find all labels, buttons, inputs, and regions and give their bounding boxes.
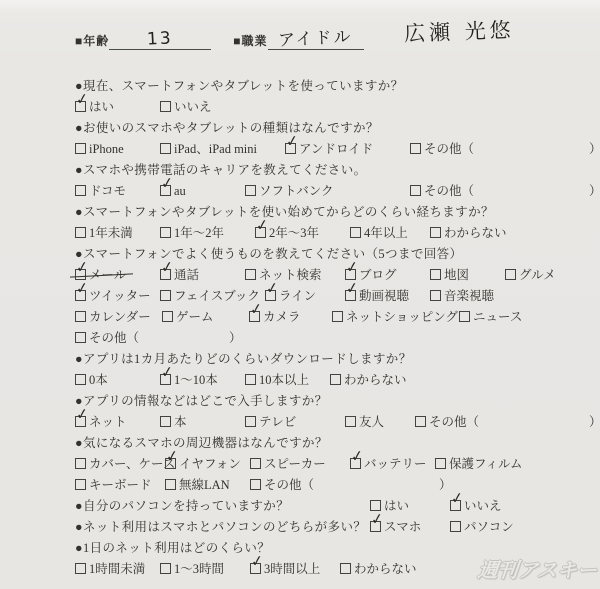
option-inner: いいえ [160,97,212,118]
checkbox [160,223,171,244]
checkbox [160,139,171,160]
option-label: はい [89,100,114,114]
option-label: au [174,184,186,198]
checkbox-square-icon [345,290,356,301]
option: キーボード [75,475,165,496]
checkbox-checked: ✓ [285,139,296,160]
option-inner: ✓ネット [75,412,127,433]
option: ソフトバンク [245,181,410,202]
option-label: iPhone [89,142,124,156]
checkbox [332,307,343,328]
option-inner: ネットショッピング [332,307,458,328]
question-block: ●ネット利用はスマホとパソコンのどちらが多い？✓スマホパソコン [75,517,592,538]
checkbox-checked: ✓ [160,265,171,286]
option-inner: その他（ [410,139,474,160]
option-inner: ✓ライン [265,286,316,307]
option-row: キーボード無線LANその他（） [75,475,592,496]
checkbox-square-icon [245,374,256,385]
checkbox-square-icon [75,290,86,301]
checkbox [75,181,86,202]
option: わからない [340,559,417,580]
checkbox-square-icon [265,290,276,301]
option-label: 1時間未満 [89,562,145,576]
option-label: キーボード [89,478,152,492]
checkbox-square-icon [75,563,86,574]
checkbox [75,328,86,349]
question-block: ●気になるスマホの周辺機器はなんですか？カバー、ケース✓イヤフォンスピーカー✓バ… [75,433,592,496]
checkbox [250,454,261,475]
option-label: 10本以上 [259,373,309,387]
option-inner: iPhone [75,139,124,160]
option-inner: テレビ [245,412,296,433]
option-inner: 1年未満 [75,223,133,244]
option: 4年以上 [350,223,430,244]
option: フェイスブック [160,286,265,307]
option-inner: 無線LAN [165,475,230,496]
checkbox-square-icon [75,458,86,469]
checkbox-square-icon [410,143,421,154]
checkbox-checked: ✓ [450,496,461,517]
option-label: テレビ [259,415,296,429]
checkbox [340,559,351,580]
question-block: ●アプリの情報などはどこで入手しますか？✓ネット本テレビ友人その他（） [75,391,592,433]
option-label: 1年未満 [89,226,133,240]
option-label: わからない [354,562,417,576]
question-block: ●スマホや携帯電話のキャリアを教えてください。ドコモ✓auソフトバンクその他（） [75,160,592,202]
checkbox [450,517,461,538]
checkbox-square-icon [430,269,441,280]
option: ✓ツイッター [75,286,160,307]
checkbox [345,412,356,433]
survey-header: ■年齢13■職業アイドル広瀬 光悠 [75,20,514,50]
option-label: ブログ [359,268,397,282]
option-inner: ✓スマホ [370,517,421,538]
option-label: ライン [279,289,316,303]
checkbox [75,139,86,160]
option: ✓スマホ [370,517,450,538]
option-label: ネットショッピング [346,310,458,324]
checkbox-square-icon [75,101,86,112]
scanned-survey-page: ■年齢13■職業アイドル広瀬 光悠 ●現在、スマートフォンやタブレットを使ってい… [0,0,600,589]
option: ✓動画視聴 [345,286,430,307]
checkbox-square-icon [75,311,86,322]
option: 無線LAN [165,475,250,496]
option-label: 通話 [174,268,199,282]
checkbox [250,475,261,496]
question-inline-row: ●自分のパソコンを持っていますか？はい✓いいえ [75,496,592,517]
checkbox-square-icon [160,269,171,280]
option-row: ✓はいいいえ [75,97,592,118]
question-text: ●スマートフォンやタブレットを使い始めてからどのくらい経ちますか？ [75,202,592,223]
option-inner: ✓1～10本 [160,370,218,391]
checkbox [160,97,171,118]
option-label: 2年～3年 [269,226,319,240]
checkbox-square-icon [350,458,361,469]
option-row: ✓メール✓通話ネット検索✓ブログ地図グルメ [75,265,592,286]
checkbox [160,286,171,307]
option: はい [370,496,450,517]
checkbox-square-icon [430,227,441,238]
option-row: ✓ネット本テレビ友人その他（） [75,412,592,433]
option: ニュース [459,307,522,328]
option-inner: ✓ブログ [345,265,397,286]
checkbox-checked: ✓ [160,181,171,202]
option: iPad、iPad mini [160,139,285,160]
option-label: その他（ [424,142,474,156]
checkbox-square-icon [165,479,176,490]
option-inner: 友人 [345,412,384,433]
option-inner: パソコン [450,517,514,538]
question-text: ●気になるスマホの周辺機器はなんですか？ [75,433,592,454]
option: 1年未満 [75,223,160,244]
option-inner: 1年～2年 [160,223,224,244]
checkbox-square-icon [255,227,266,238]
checkbox-square-icon [430,290,441,301]
paren-close: ） [589,142,600,156]
option-label: いいえ [464,499,502,513]
checkbox-square-icon [75,227,86,238]
option-label: ドコモ [89,184,126,198]
checkbox [245,370,256,391]
option-label: その他（ [424,184,474,198]
checkbox [245,265,256,286]
option-label: 友人 [359,415,384,429]
option-inner: わからない [340,559,417,580]
option-inner: ✓2年～3年 [255,223,319,244]
checkbox [160,559,171,580]
option-inner: わからない [430,223,507,244]
checkbox-square-icon [75,185,86,196]
option: ✓はい [75,97,160,118]
option: ✓いいえ [450,496,502,517]
option-inner: ✓アンドロイド [285,139,373,160]
option: ネットショッピング [332,307,459,328]
checkbox-checked: ✓ [265,286,276,307]
checkbox-square-icon [75,416,86,427]
checkbox-square-icon [250,479,261,490]
option-label: 無線LAN [179,478,230,492]
option-label: パソコン [464,520,514,534]
question-text: ●スマートフォンでよく使うものを教えてください（5つまで回答） [75,244,592,265]
option: ✓1～10本 [160,370,245,391]
option: ✓アンドロイド [285,139,410,160]
checkbox-square-icon [245,416,256,427]
checkbox-checked: ✓ [160,370,171,391]
checkbox-square-icon [285,143,296,154]
option: 保護フィルム [435,454,523,475]
option: 友人 [345,412,415,433]
option-inner: ✓はい [75,97,114,118]
question-text: ●自分のパソコンを持っていますか？ [75,496,370,517]
checkbox [75,475,86,496]
option: いいえ [160,97,260,118]
checkbox-checked: ✓ [250,559,261,580]
checkbox [160,412,171,433]
question-text: ●ネット利用はスマホとパソコンのどちらが多い？ [75,517,370,538]
checkbox-square-icon [330,374,341,385]
checkbox-square-icon [160,101,171,112]
option-row: ✓ツイッターフェイスブック✓ライン✓動画視聴音楽視聴 [75,286,592,307]
option-inner: iPad、iPad mini [160,139,257,160]
checkbox-square-icon [160,563,171,574]
checkbox-square-icon [435,458,446,469]
checkbox-square-icon [410,185,421,196]
checkbox-square-icon [160,143,171,154]
option: その他（） [250,475,452,496]
option: 1～3時間 [160,559,250,580]
option-inner: ✓バッテリー [350,454,427,475]
option-row: 0本✓1～10本10本以上わからない [75,370,592,391]
checkbox [165,475,176,496]
checkbox-checked: ✓ [75,97,86,118]
checkbox-square-icon [160,416,171,427]
checkbox [75,223,86,244]
checkbox-square-icon [345,269,356,280]
option: ✓au [160,181,245,202]
option-label: スピーカー [264,457,326,471]
option-label: 音楽視聴 [444,289,494,303]
option-label: はい [384,499,409,513]
option-inner: 地図 [430,265,469,286]
checkbox-square-icon [370,521,381,532]
option-inner: カバー、ケース [75,454,175,475]
question-text: ●お使いのスマホやタブレットの種類はなんですか？ [75,118,592,139]
option-inner: ✓カメラ [249,307,301,328]
checkbox [505,265,516,286]
option-inner: キーボード [75,475,152,496]
option-label: 4年以上 [364,226,408,240]
checkbox [75,559,86,580]
option-label: アンドロイド [299,142,373,156]
checkbox-square-icon [332,311,343,322]
option: カバー、ケース [75,454,165,475]
option-label: 1年～2年 [174,226,224,240]
checkbox [162,307,173,328]
checkbox-checked: ✓ [249,307,260,328]
option-label: その他（ [429,415,479,429]
option-row: カレンダーゲーム✓カメラネットショッピングニュース [75,307,592,328]
paren-close: ） [589,184,600,198]
job-handwritten-value: アイドル [278,28,353,50]
option-label: 本 [174,415,187,429]
option: 1年～2年 [160,223,255,244]
option-label: カレンダー [89,310,151,324]
option-inner: その他（ [250,475,314,496]
option-label: カメラ [263,310,301,324]
option-inner: 本 [160,412,187,433]
option-inner: その他（ [415,412,479,433]
option: カレンダー [75,307,162,328]
option-inner: わからない [330,370,407,391]
option-label: 保護フィルム [449,457,523,471]
option: 本 [160,412,245,433]
option-inner: ✓いいえ [450,496,502,517]
option-label: 1～3時間 [174,562,224,576]
checkbox-square-icon [160,290,171,301]
option-row: iPhoneiPad、iPad mini✓アンドロイドその他（） [75,139,592,160]
option-inner: 0本 [75,370,108,391]
option: ✓ライン [265,286,345,307]
option-inner: ✓メール [75,265,126,286]
option-inner: ニュース [459,307,522,328]
checkbox [410,181,421,202]
option-inner: ✓イヤフォン [165,454,241,475]
option-row: その他（） [75,328,592,349]
checkbox [430,223,441,244]
checkbox-square-icon [245,185,256,196]
option: iPhone [75,139,160,160]
age-label: ■年齢 [75,34,109,48]
option-label: わからない [444,226,507,240]
checkbox [410,139,421,160]
option-inner: ✓au [160,181,186,202]
option: グルメ [505,265,556,286]
option: ✓ブログ [345,265,430,286]
option: その他（） [415,412,600,433]
option: ✓3時間以上 [250,559,340,580]
option: 地図 [430,265,505,286]
checkbox-square-icon [75,479,86,490]
option: その他（） [75,328,242,349]
option-inner: ドコモ [75,181,126,202]
checkbox-square-icon [459,311,470,322]
option-label: 0本 [89,373,108,387]
option-inner: ✓通話 [160,265,199,286]
option-label: 動画視聴 [359,289,409,303]
option-label: フェイスブック [174,289,260,303]
checkbox-square-icon [340,563,351,574]
option-label: ネット [89,415,127,429]
checkbox [75,454,86,475]
checkbox-checked: ✓ [75,286,86,307]
checkbox [459,307,470,328]
question-block: ●アプリは1カ月あたりどのくらいダウンロードしますか？0本✓1～10本10本以上… [75,349,592,391]
option: わからない [330,370,407,391]
question-block: ●自分のパソコンを持っていますか？はい✓いいえ [75,496,592,517]
checkbox [415,412,426,433]
checkbox [370,496,381,517]
option-label: カバー、ケース [89,457,175,471]
question-text: ●スマホや携帯電話のキャリアを教えてください。 [75,160,592,181]
option-inner: 音楽視聴 [430,286,494,307]
option-inner: ✓3時間以上 [250,559,320,580]
checkbox-square-icon [165,458,176,469]
paren-close: ） [439,478,452,492]
option: ドコモ [75,181,160,202]
question-block: ●スマートフォンやタブレットを使い始めてからどのくらい経ちますか？1年未満1年～… [75,202,592,244]
checkbox [430,286,441,307]
option: ✓メール [75,265,160,286]
checkbox-checked: ✓ [370,517,381,538]
option-inner: ✓動画視聴 [345,286,409,307]
checkbox-square-icon [249,311,260,322]
checkbox-square-icon [345,416,356,427]
option-inner: ソフトバンク [245,181,334,202]
checkbox [245,181,256,202]
checkbox-square-icon [160,185,171,196]
option-label: ニュース [473,310,522,324]
checkbox [435,454,446,475]
option-label: バッテリー [364,457,427,471]
checkbox-square-icon [450,500,461,511]
checkbox-checked: ✓ [75,412,86,433]
option-label: 地図 [444,268,469,282]
option-inner: ネット検索 [245,265,322,286]
option: ✓2年～3年 [255,223,350,244]
checkbox-square-icon [162,311,173,322]
age-handwritten-value: 13 [147,29,174,48]
checkbox-square-icon [250,458,261,469]
option-inner: その他（ [75,328,139,349]
option: その他（） [410,139,600,160]
option: その他（） [410,181,600,202]
option-label: その他（ [264,478,314,492]
checkbox-square-icon [415,416,426,427]
option-inner: 保護フィルム [435,454,523,475]
option: わからない [430,223,507,244]
checkbox-square-icon [75,143,86,154]
option: ✓イヤフォン [165,454,250,475]
option-row: カバー、ケース✓イヤフォンスピーカー✓バッテリー保護フィルム [75,454,592,475]
option: 10本以上 [245,370,330,391]
option: 0本 [75,370,160,391]
checkbox-checked: ✓ [165,454,176,475]
checkbox-square-icon [75,269,86,280]
checkbox-square-icon [505,269,516,280]
questions-container: ●現在、スマートフォンやタブレットを使っていますか？✓はいいいえ●お使いのスマホ… [75,76,592,580]
option-inner: 1～3時間 [160,559,224,580]
option-inner: ゲーム [162,307,214,328]
option-label: グルメ [519,268,556,282]
option-label: ソフトバンク [259,184,334,198]
option: ✓バッテリー [350,454,435,475]
option-label: ネット検索 [259,268,322,282]
checkbox-square-icon [370,500,381,511]
option-row: 1年未満1年～2年✓2年～3年4年以上わからない [75,223,592,244]
option-inner: 10本以上 [245,370,309,391]
checkbox-square-icon [245,269,256,280]
checkbox-square-icon [160,374,171,385]
option-label: 3時間以上 [264,562,320,576]
question-block: ●スマートフォンでよく使うものを教えてください（5つまで回答）✓メール✓通話ネッ… [75,244,592,349]
age-underline: 13 [109,30,211,50]
job-label: ■職業 [233,34,267,48]
option-label: 1～10本 [174,373,218,387]
option: 1時間未満 [75,559,160,580]
option: ✓カメラ [249,307,332,328]
option-label: わからない [344,373,407,387]
question-text: ●アプリは1カ月あたりどのくらいダウンロードしますか？ [75,349,592,370]
option-label: ゲーム [176,310,214,324]
checkbox [430,265,441,286]
checkbox-checked: ✓ [345,286,356,307]
option-row: ドコモ✓auソフトバンクその他（） [75,181,592,202]
question-block: ●現在、スマートフォンやタブレットを使っていますか？✓はいいいえ [75,76,592,118]
option-inner: ✓ツイッター [75,286,151,307]
paren-close: ） [229,331,242,345]
option-inner: 1時間未満 [75,559,145,580]
paren-close: ） [589,415,600,429]
question-block: ●お使いのスマホやタブレットの種類はなんですか？iPhoneiPad、iPad … [75,118,592,160]
option-inner: 4年以上 [350,223,408,244]
option-inner: フェイスブック [160,286,260,307]
option-inner: はい [370,496,409,517]
option: ネット検索 [245,265,345,286]
option-label: iPad、iPad mini [174,142,257,156]
checkbox [350,223,361,244]
option-inner: その他（ [410,181,474,202]
option-label: スマホ [384,520,421,534]
